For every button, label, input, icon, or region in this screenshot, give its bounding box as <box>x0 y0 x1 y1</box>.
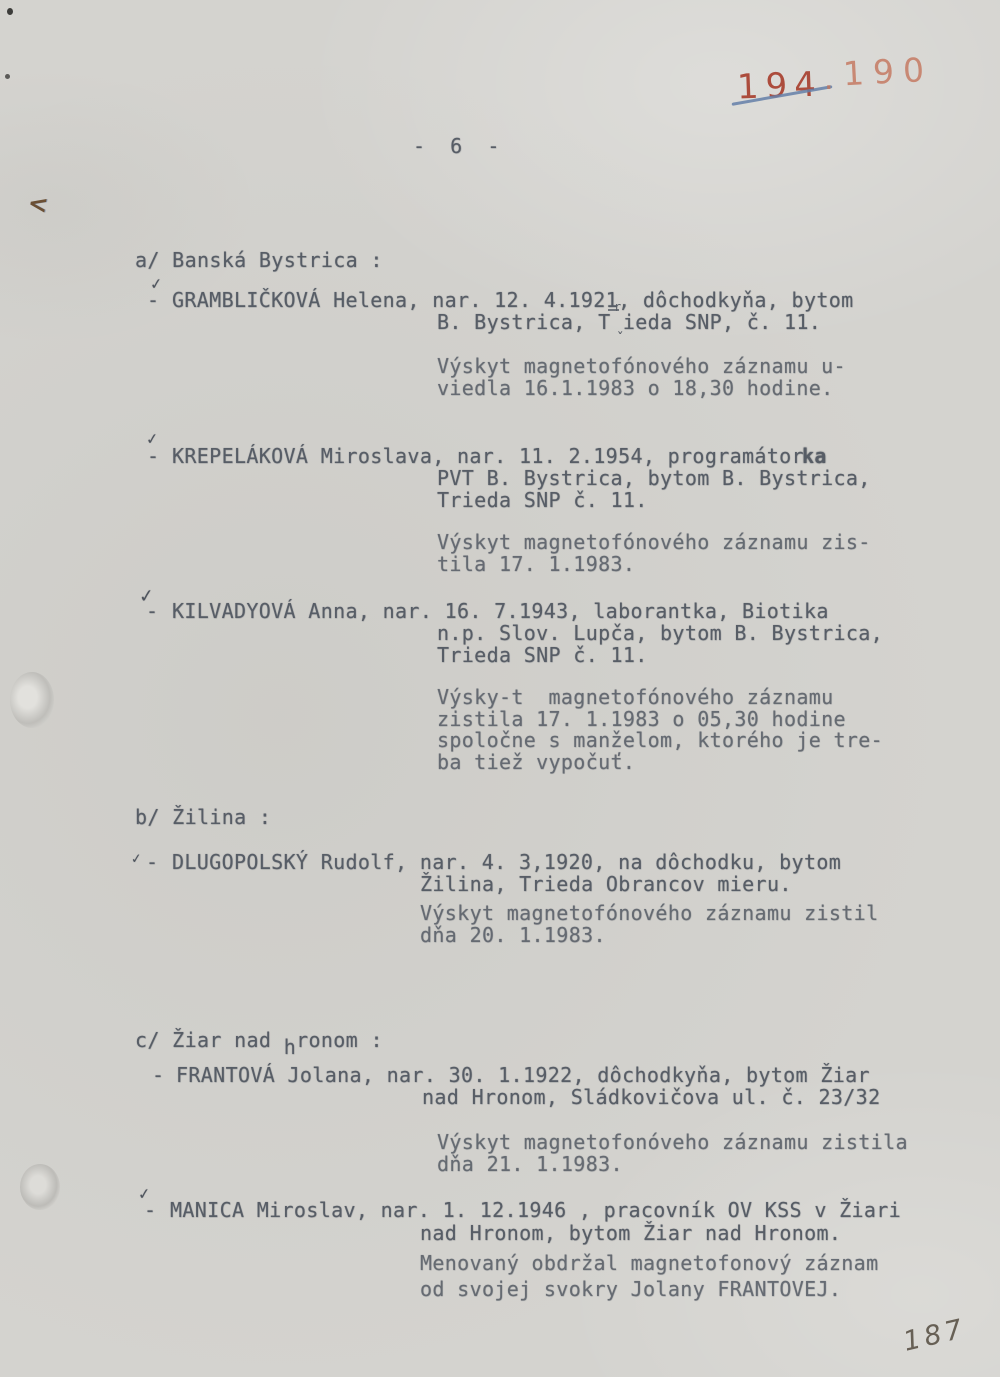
entry-note-line: Výskyt magnetofónového záznamu u- <box>437 355 846 377</box>
section-heading-c: c/ Žiar nad hronom : <box>135 1029 383 1051</box>
section-heading-b: b/ Žilina : <box>135 806 271 828</box>
entry-address: Trieda SNP č. 11. <box>437 489 648 511</box>
entry-note-line: Výskyt magnetofónového záznamu zistil <box>420 902 878 924</box>
paper-speck <box>5 74 10 79</box>
heading-text: ronom : <box>296 1028 383 1052</box>
typed-correction-below: ˇ <box>616 331 624 347</box>
section-heading-a: a/ Banská Bystrica : <box>135 249 383 271</box>
entry-dash: - <box>146 851 158 873</box>
paper-stain <box>20 1164 60 1210</box>
entry-name: KREPELÁKOVÁ Miroslava, nar. 11. 2.1954, … <box>172 445 827 467</box>
entry-dash: - <box>144 1199 156 1221</box>
overstruck-text: ka <box>802 444 827 468</box>
entry-dash: - <box>147 445 159 467</box>
entry-note-line: ba tiež vypočuť. <box>437 751 635 773</box>
entry-note-line: od svojej svokry Jolany FRANTOVEJ. <box>420 1278 841 1300</box>
margin-arrow-mark: < <box>26 188 51 219</box>
stamp-dot: . <box>824 62 834 97</box>
entry-note-line: spoločne s manželom, ktorého je tre- <box>437 729 883 751</box>
entry-name: GRAMBLIČKOVÁ Helena, nar. 12. 4.1921, dô… <box>172 289 854 311</box>
heading-text: c/ Žiar nad <box>135 1028 284 1052</box>
entry-address: Žilina, Trieda Obrancov mieru. <box>420 873 792 895</box>
entry-address: PVT B. Bystrica, bytom B. Bystrica, <box>437 467 871 489</box>
entry-note-line: Výsky-t magnetofónového záznamu <box>437 686 834 708</box>
entry-note-line: Menovaný obdržal magnetofonový záznam <box>420 1252 878 1274</box>
page-number: - 6 - <box>413 135 500 157</box>
entry-address: nad Hronom, Sládkovičova ul. č. 23/32 <box>422 1086 880 1108</box>
dropped-letter: h <box>284 1035 296 1059</box>
entry-address: B. Bystrica, T ieda SNP, č. 11. <box>437 311 821 333</box>
entry-name: KILVADYOVÁ Anna, nar. 16. 7.1943, labora… <box>172 600 829 622</box>
handwritten-folio-number: 187 <box>900 1313 969 1358</box>
entry-name: MANICA Miroslav, nar. 1. 12.1946 , praco… <box>170 1199 901 1221</box>
entry-dash: - <box>147 289 159 311</box>
entry-note-line: Výskyt magnetofonóveho záznamu zistila <box>437 1131 908 1153</box>
page-stamp: 190 <box>842 50 934 94</box>
entry-address: n.p. Slov. Lupča, bytom B. Bystrica, <box>437 622 883 644</box>
entry-note-line: Výskyt magnetofónového záznamu zis- <box>437 531 871 553</box>
entry-note-line: dňa 20. 1.1983. <box>420 924 606 946</box>
entry-note-line: tila 17. 1.1983. <box>437 553 635 575</box>
entry-name: DLUGOPOLSKÝ Rudolf, nar. 4. 3,1920, na d… <box>172 851 841 873</box>
document-page: < 194 . 190 - 6 - a/ Banská Bystrica : ✓… <box>0 0 1000 1377</box>
entry-note-line: dňa 21. 1.1983. <box>437 1153 623 1175</box>
entry-note-line: viedla 16.1.1983 o 18,30 hodine. <box>437 377 834 399</box>
entry-note-line: zistila 17. 1.1983 o 05,30 hodine <box>437 708 846 730</box>
entry-address: nad Hronom, bytom Žiar nad Hronom. <box>420 1222 841 1244</box>
entry-dash: - <box>146 600 158 622</box>
entry-name: FRANTOVÁ Jolana, nar. 30. 1.1922, dôchod… <box>176 1064 870 1086</box>
entry-name-text: KREPELÁKOVÁ Miroslava, nar. 11. 2.1954, … <box>172 444 804 468</box>
paper-stain <box>10 672 54 728</box>
entry-address: Trieda SNP č. 11. <box>437 644 648 666</box>
checkmark: ✓ <box>130 851 142 867</box>
entry-dash: - <box>152 1064 164 1086</box>
paper-speck <box>7 8 13 15</box>
typed-correction-above: r <box>614 300 621 314</box>
